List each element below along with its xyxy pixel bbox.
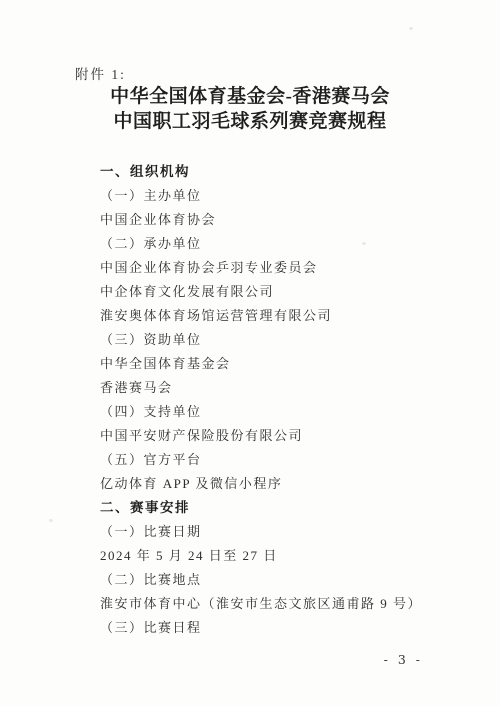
- document-title-line1: 中华全国体育基金会-香港赛马会: [0, 84, 500, 109]
- document-line: （三）比赛日程: [100, 616, 460, 640]
- document-line: （二）承办单位: [100, 232, 460, 256]
- document-line: （三）资助单位: [100, 328, 460, 352]
- document-line: 中华全国体育基金会: [100, 352, 460, 376]
- document-line: 中企体育文化发展有限公司: [100, 280, 460, 304]
- document-line: （一）比赛日期: [100, 520, 460, 544]
- document-line: 淮安市体育中心（淮安市生态文旅区通甫路 9 号）: [100, 592, 460, 616]
- document-lines: 一、组织机构（一）主办单位中国企业体育协会（二）承办单位中国企业体育协会乒羽专业…: [100, 160, 460, 640]
- document-line: 淮安奥体体育场馆运营管理有限公司: [100, 304, 460, 328]
- document-line: 中国企业体育协会: [100, 208, 460, 232]
- document-line: （二）比赛地点: [100, 568, 460, 592]
- document-line: 2024 年 5 月 24 日至 27 日: [100, 544, 460, 568]
- document-line: 亿动体育 APP 及微信小程序: [100, 472, 460, 496]
- document-line: （一）主办单位: [100, 184, 460, 208]
- document-line: 香港赛马会: [100, 376, 460, 400]
- document-title-line2: 中国职工羽毛球系列赛竞赛规程: [0, 109, 500, 134]
- document-page: 附件 1: 中华全国体育基金会-香港赛马会 中国职工羽毛球系列赛竞赛规程 一、组…: [0, 0, 500, 706]
- document-line: 中国企业体育协会乒羽专业委员会: [100, 256, 460, 280]
- document-line: 中国平安财产保险股份有限公司: [100, 424, 460, 448]
- scan-speck: [409, 27, 413, 30]
- scan-speck: [362, 242, 366, 245]
- page-number: - 3 -: [384, 652, 423, 667]
- document-line: （五）官方平台: [100, 448, 460, 472]
- scan-speck: [49, 519, 53, 522]
- section-heading: 二、赛事安排: [100, 496, 460, 520]
- document-title: 中华全国体育基金会-香港赛马会 中国职工羽毛球系列赛竞赛规程: [0, 84, 500, 134]
- section-heading: 一、组织机构: [100, 160, 460, 184]
- document-line: （四）支持单位: [100, 400, 460, 424]
- attachment-label: 附件 1:: [75, 63, 126, 83]
